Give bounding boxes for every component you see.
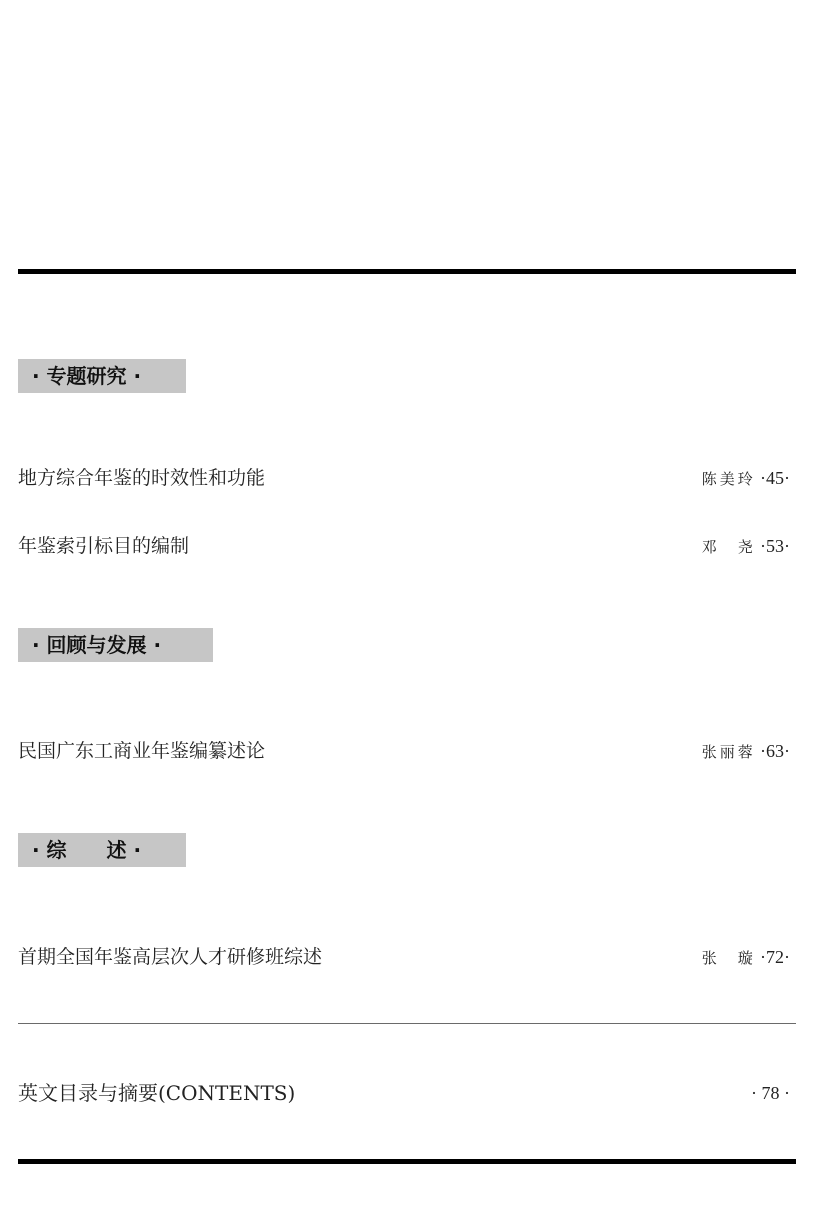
toc-entry[interactable]: 民国广东工商业年鉴编纂述论 张丽蓉 ·63· — [18, 737, 796, 765]
toc-entry-meta: 陈美玲 ·45· — [702, 464, 790, 493]
toc-entry-meta: 张丽蓉 ·63· — [702, 737, 790, 766]
section-header-special-research: · 专题研究 · — [18, 359, 186, 393]
toc-entry-title[interactable]: 地方综合年鉴的时效性和功能 — [18, 464, 265, 492]
top-thick-rule — [18, 269, 796, 274]
toc-entry-page: ·63· — [760, 741, 790, 761]
toc-entry-meta: 张 璇 ·72· — [702, 943, 790, 972]
toc-entry[interactable]: 地方综合年鉴的时效性和功能 陈美玲 ·45· — [18, 464, 796, 492]
appendix-page-number: · 78 · — [751, 1083, 790, 1103]
toc-entry-page: ·72· — [760, 947, 790, 967]
toc-entry-author: 张 璇 — [702, 949, 756, 967]
toc-entry-author: 张丽蓉 — [702, 743, 756, 761]
toc-entry-title[interactable]: 民国广东工商业年鉴编纂述论 — [18, 737, 265, 765]
toc-entry-author: 陈美玲 — [702, 470, 756, 488]
toc-entry[interactable]: 首期全国年鉴高层次人才研修班综述 张 璇 ·72· — [18, 943, 796, 971]
section-header-review-development: · 回顾与发展 · — [18, 628, 213, 662]
toc-entry[interactable]: 年鉴索引标目的编制 邓 尧 ·53· — [18, 532, 796, 560]
toc-entry-page: ·53· — [760, 536, 790, 556]
toc-entry-title[interactable]: 英文目录与摘要(CONTENTS) — [18, 1079, 295, 1107]
toc-entry-author: 邓 尧 — [702, 538, 756, 556]
toc-entry-page: · 78 · — [751, 1079, 790, 1108]
toc-entry-page: ·45· — [760, 468, 790, 488]
bottom-thick-rule — [18, 1159, 796, 1164]
divider-rule — [18, 1023, 796, 1024]
toc-entry-appendix[interactable]: 英文目录与摘要(CONTENTS) · 78 · — [18, 1079, 796, 1107]
toc-entry-meta: 邓 尧 ·53· — [702, 532, 790, 561]
toc-entry-title[interactable]: 首期全国年鉴高层次人才研修班综述 — [18, 943, 322, 971]
section-header-overview: · 综 述 · — [18, 833, 186, 867]
toc-entry-title[interactable]: 年鉴索引标目的编制 — [18, 532, 189, 560]
